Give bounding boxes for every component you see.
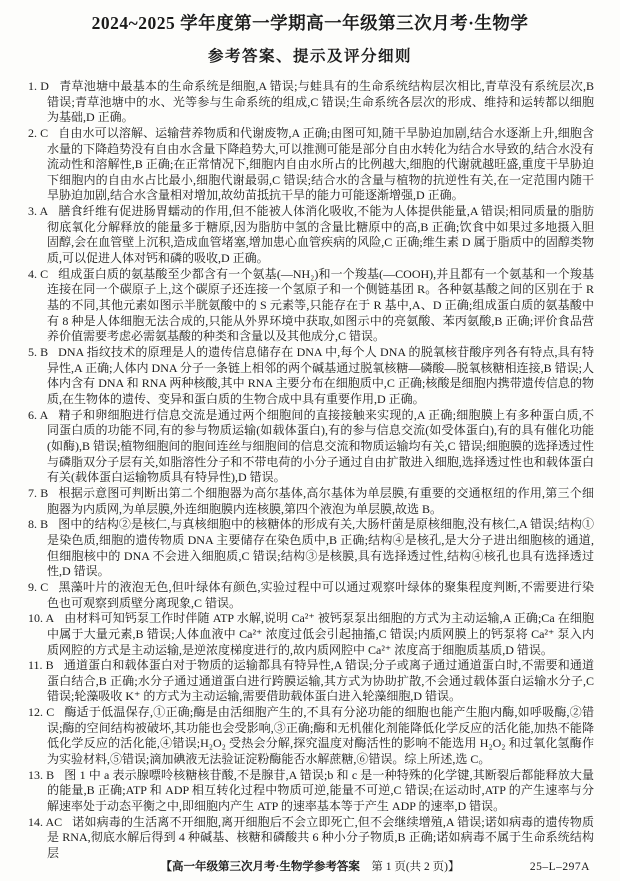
answer-explanation: 根据示意图可判断出第二个细胞器为高尔基体,高尔基体为单层膜,有重要的交通枢纽的作… (47, 486, 594, 516)
answer-item: 13. B图 1 中 a 表示腺嘌呤核糖核苷酸,不是腺苷,A 错误;b 和 c … (28, 768, 594, 815)
answer-label: 3. A (28, 204, 48, 218)
answer-item: 11. B通道蛋白和载体蛋白对于物质的运输都具有特异性,A 错误;分子或离子通过… (28, 658, 594, 705)
footer-caption: 【高一年级第三次月考·生物学参考答案 第 1 页(共 2 页)】 (0, 860, 620, 874)
answer-item: 8. B图中的结构②是核仁,与真核细胞中的核糖体的形成有关,大肠杆菌是原核细胞,… (28, 517, 594, 580)
answer-explanation: 组成蛋白质的氨基酸至少都含有一个氨基(—NH₂)和一个羧基(—COOH),并且都… (47, 267, 594, 344)
answer-label: 5. B (28, 345, 48, 359)
answer-explanation: 诺如病毒的生活离不开细胞,离开细胞后不会立即死亡,但不会继续增殖,A 错误;诺如… (47, 815, 594, 860)
answer-item: 9. C黑藻叶片的液泡无色,但叶绿体有颜色,实验过程中可以通过观察叶绿体的聚集程… (28, 580, 594, 611)
answer-label: 13. B (28, 768, 54, 782)
document-header: 2024~2025 学年度第一学期高一年级第三次月考·生物学 参考答案、提示及评… (0, 0, 620, 66)
answer-item: 14. AC诺如病毒的生活离不开细胞,离开细胞后不会立即死亡,但不会继续增殖,A… (28, 815, 594, 862)
answer-item: 12. C酶适于低温保存,①正确;酶是由活细胞产生的,不具有分泌功能的细胞也能产… (28, 705, 594, 768)
answer-label: 7. B (28, 486, 48, 500)
answer-item: 3. A膳食纤维有促进肠胃蠕动的作用,但不能被人体消化吸收,不能为人体提供能量,… (28, 204, 594, 267)
footer-page-number: 第 1 页(共 2 页)】 (360, 861, 460, 873)
answer-explanation: 图中的结构②是核仁,与真核细胞中的核糖体的形成有关,大肠杆菌是原核细胞,没有核仁… (47, 517, 594, 578)
answer-label: 8. B (28, 517, 48, 531)
answer-explanation: 黑藻叶片的液泡无色,但叶绿体有颜色,实验过程中可以通过观察叶绿体的聚集程度判断,… (47, 580, 594, 610)
answer-label: 4. C (28, 267, 48, 281)
answer-explanation: DNA 指纹技术的原理是人的遗传信息储存在 DNA 中,每个人 DNA 的脱氧核… (47, 345, 594, 406)
page-title: 2024~2025 学年度第一学期高一年级第三次月考·生物学 (0, 13, 620, 35)
answer-explanation: 由材料可知钙泵工作时伴随 ATP 水解,说明 Ca²⁺ 被钙泵泵出细胞的方式为主… (47, 611, 594, 656)
answer-item: 7. B根据示意图可判断出第二个细胞器为高尔基体,高尔基体为单层膜,有重要的交通… (28, 486, 594, 517)
answer-label: 14. AC (28, 815, 62, 829)
answer-explanation: 通道蛋白和载体蛋白对于物质的运输都具有特异性,A 错误;分子或离子通过通道蛋白时… (47, 658, 594, 703)
answer-explanation: 青草池塘中最基本的生命系统是细胞,A 错误;与蛙具有的生命系统结构层次相比,青草… (47, 79, 594, 124)
footer-exam-name: 【高一年级第三次月考·生物学参考答案 (160, 861, 359, 873)
answer-item: 4. C组成蛋白质的氨基酸至少都含有一个氨基(—NH₂)和一个羧基(—COOH)… (28, 267, 594, 345)
answer-explanation: 酶适于低温保存,①正确;酶是由活细胞产生的,不具有分泌功能的细胞也能产生胞内酶,… (47, 705, 594, 766)
answer-explanation: 图 1 中 a 表示腺嘌呤核糖核苷酸,不是腺苷,A 错误;b 和 c 是一种特殊… (47, 768, 594, 813)
answer-item: 6. A精子和卵细胞进行信息交流是通过两个细胞间的直接接触来实现的,A 正确;细… (28, 408, 594, 486)
page-footer: 【高一年级第三次月考·生物学参考答案 第 1 页(共 2 页)】 25–L–29… (0, 860, 620, 874)
answer-label: 1. D (28, 79, 49, 93)
answer-label: 11. B (28, 658, 54, 672)
answer-label: 2. C (28, 126, 48, 140)
answer-label: 9. C (28, 580, 48, 594)
answer-label: 10. A (28, 611, 54, 625)
answer-explanation: 精子和卵细胞进行信息交流是通过两个细胞间的直接接触来实现的,A 正确;细胞膜上有… (47, 408, 594, 485)
answer-explanation: 膳食纤维有促进肠胃蠕动的作用,但不能被人体消化吸收,不能为人体提供能量,A 错误… (47, 204, 594, 265)
answer-item: 2. C自由水可以溶解、运输营养物质和代谢废物,A 正确;由图可知,随干旱胁迫加… (28, 126, 594, 204)
answer-item: 1. D青草池塘中最基本的生命系统是细胞,A 错误;与蛙具有的生命系统结构层次相… (28, 79, 594, 126)
answer-label: 6. A (28, 408, 48, 422)
answer-item: 10. A由材料可知钙泵工作时伴随 ATP 水解,说明 Ca²⁺ 被钙泵泵出细胞… (28, 611, 594, 658)
answer-item: 5. BDNA 指纹技术的原理是人的遗传信息储存在 DNA 中,每个人 DNA … (28, 345, 594, 408)
page-subtitle: 参考答案、提示及评分细则 (0, 44, 620, 66)
answer-key-page: 2024~2025 学年度第一学期高一年级第三次月考·生物学 参考答案、提示及评… (0, 0, 620, 881)
answers-list: 1. D青草池塘中最基本的生命系统是细胞,A 错误;与蛙具有的生命系统结构层次相… (0, 66, 620, 862)
footer-paper-code: 25–L–297A (530, 860, 590, 874)
answer-explanation: 自由水可以溶解、运输营养物质和代谢废物,A 正确;由图可知,随干旱胁迫加剧,结合… (47, 126, 594, 203)
answer-label: 12. C (28, 705, 54, 719)
